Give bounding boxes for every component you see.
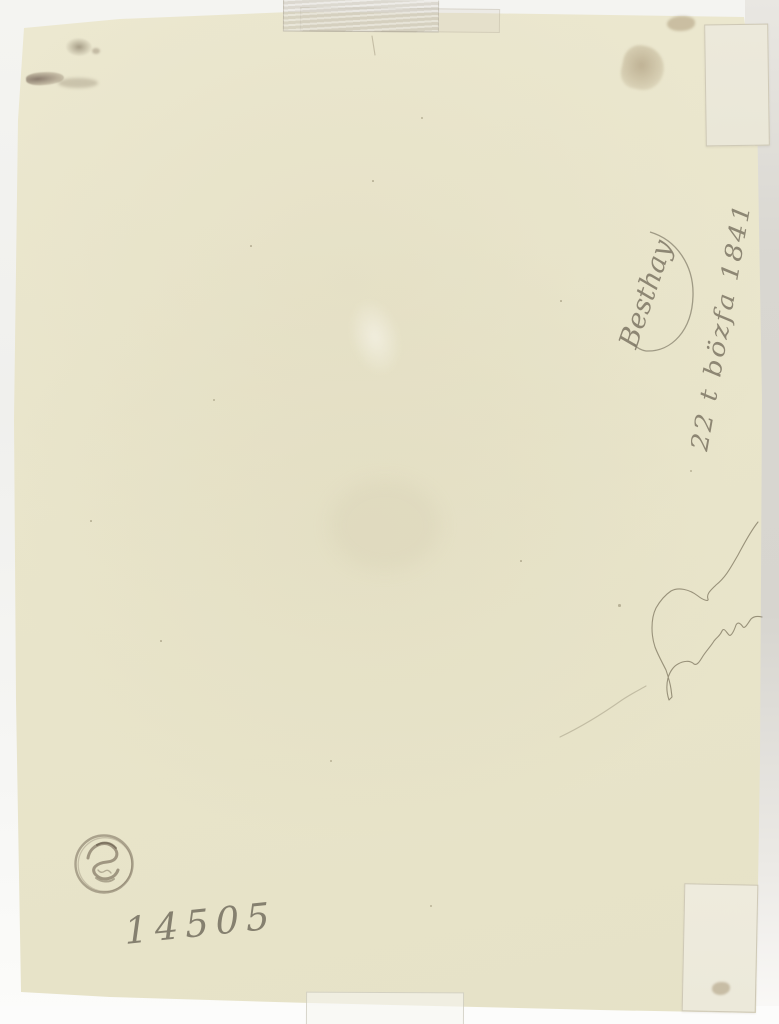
inscription-date-line: 22 t bözfa 1841 — [685, 200, 757, 454]
inscription-signature: Besthay — [613, 236, 679, 354]
scanned-sheet-verso: Besthay 22 t bözfa 1841 14505 — [0, 0, 779, 1024]
tape-tab-bottom-center-icon — [306, 992, 464, 1024]
pencil-inscription: Besthay 22 t bözfa 1841 — [0, 0, 779, 1024]
tape-strip-top-center-icon — [283, 0, 439, 33]
